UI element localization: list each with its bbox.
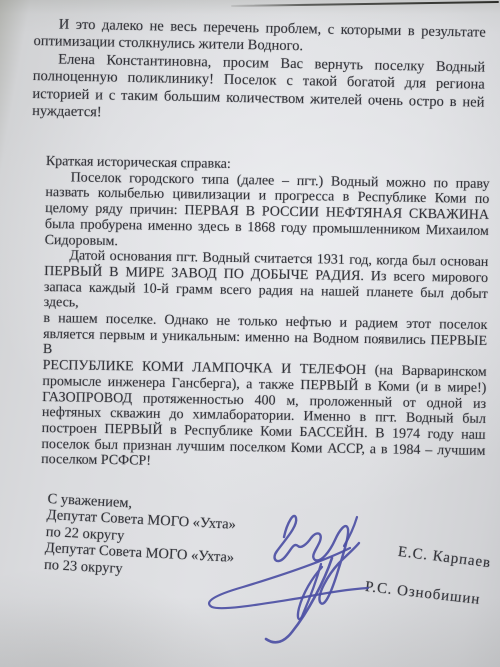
signature-flourish-stroke [344,517,357,546]
document-photo: И это далеко не весь перечень проблем, с… [0,0,500,667]
signature-tail-stroke [266,558,332,642]
handwritten-signature-ink [0,0,500,667]
